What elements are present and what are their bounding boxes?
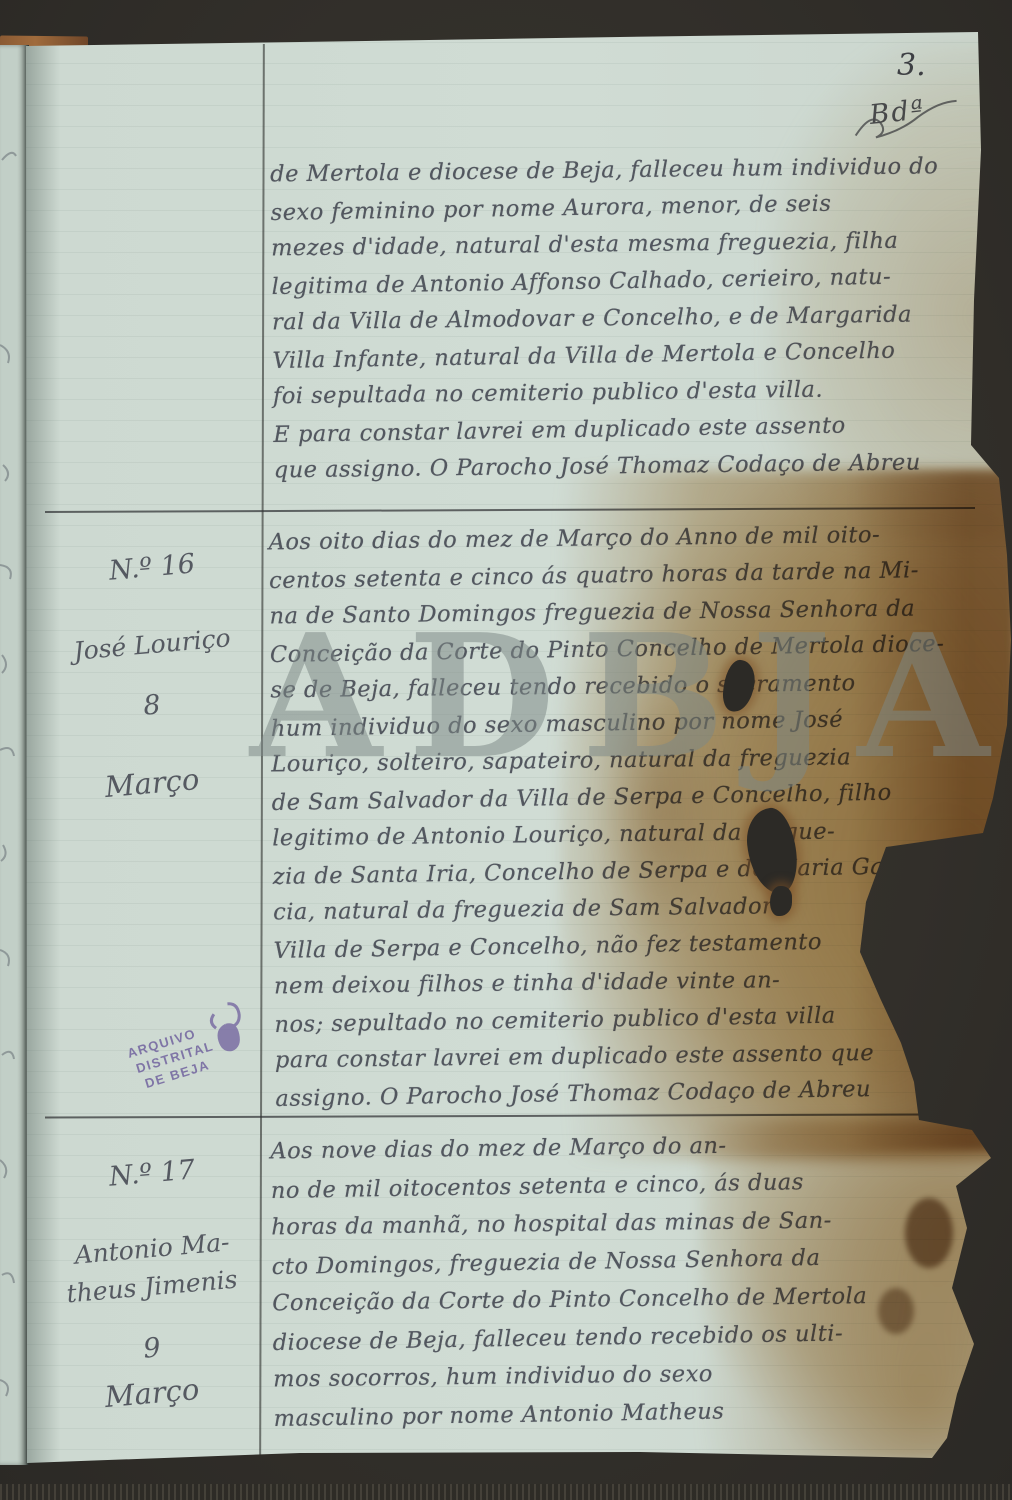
notary-rubric: Bdª bbox=[846, 86, 971, 148]
entry-separator-line-1 bbox=[45, 507, 975, 513]
margin-month: Março bbox=[51, 757, 253, 808]
margin-month: Março bbox=[51, 1367, 253, 1418]
register-page: 3. Bdª de Mertola e diocese de Beja, fal… bbox=[0, 0, 1012, 1500]
margin-deceased-name: theus Jimenis bbox=[51, 1263, 253, 1309]
handwritten-line: que assigno. O Parocho José Thomaz Codaç… bbox=[274, 444, 994, 490]
bleed-through-strokes bbox=[0, 45, 26, 1465]
margin-entry-number: N.º 17 bbox=[51, 1149, 253, 1197]
scanned-register-photo: 3. Bdª de Mertola e diocese de Beja, fal… bbox=[0, 0, 1012, 1500]
margin-day: 9 bbox=[51, 1324, 253, 1372]
margin-entry-number: N.º 16 bbox=[51, 543, 253, 591]
margin-column-divider-line bbox=[259, 44, 265, 1458]
rubric-text: Bdª bbox=[868, 94, 927, 131]
entry-continuation-body: de Mertola e diocese de Beja, falleceu h… bbox=[270, 148, 994, 490]
folio-number: 3. bbox=[897, 48, 926, 83]
scanner-bed-texture bbox=[0, 1484, 1012, 1500]
entry-16-body: Aos oito dias do mez de Março do Anno de… bbox=[268, 516, 995, 1117]
entry-17-body: Aos nove dias do mez de Março do an- no … bbox=[270, 1124, 994, 1437]
margin-deceased-name: José Louriço bbox=[51, 621, 253, 667]
previous-page-edge bbox=[0, 45, 26, 1465]
paper-hole bbox=[770, 886, 792, 916]
margin-day: 8 bbox=[51, 681, 253, 729]
